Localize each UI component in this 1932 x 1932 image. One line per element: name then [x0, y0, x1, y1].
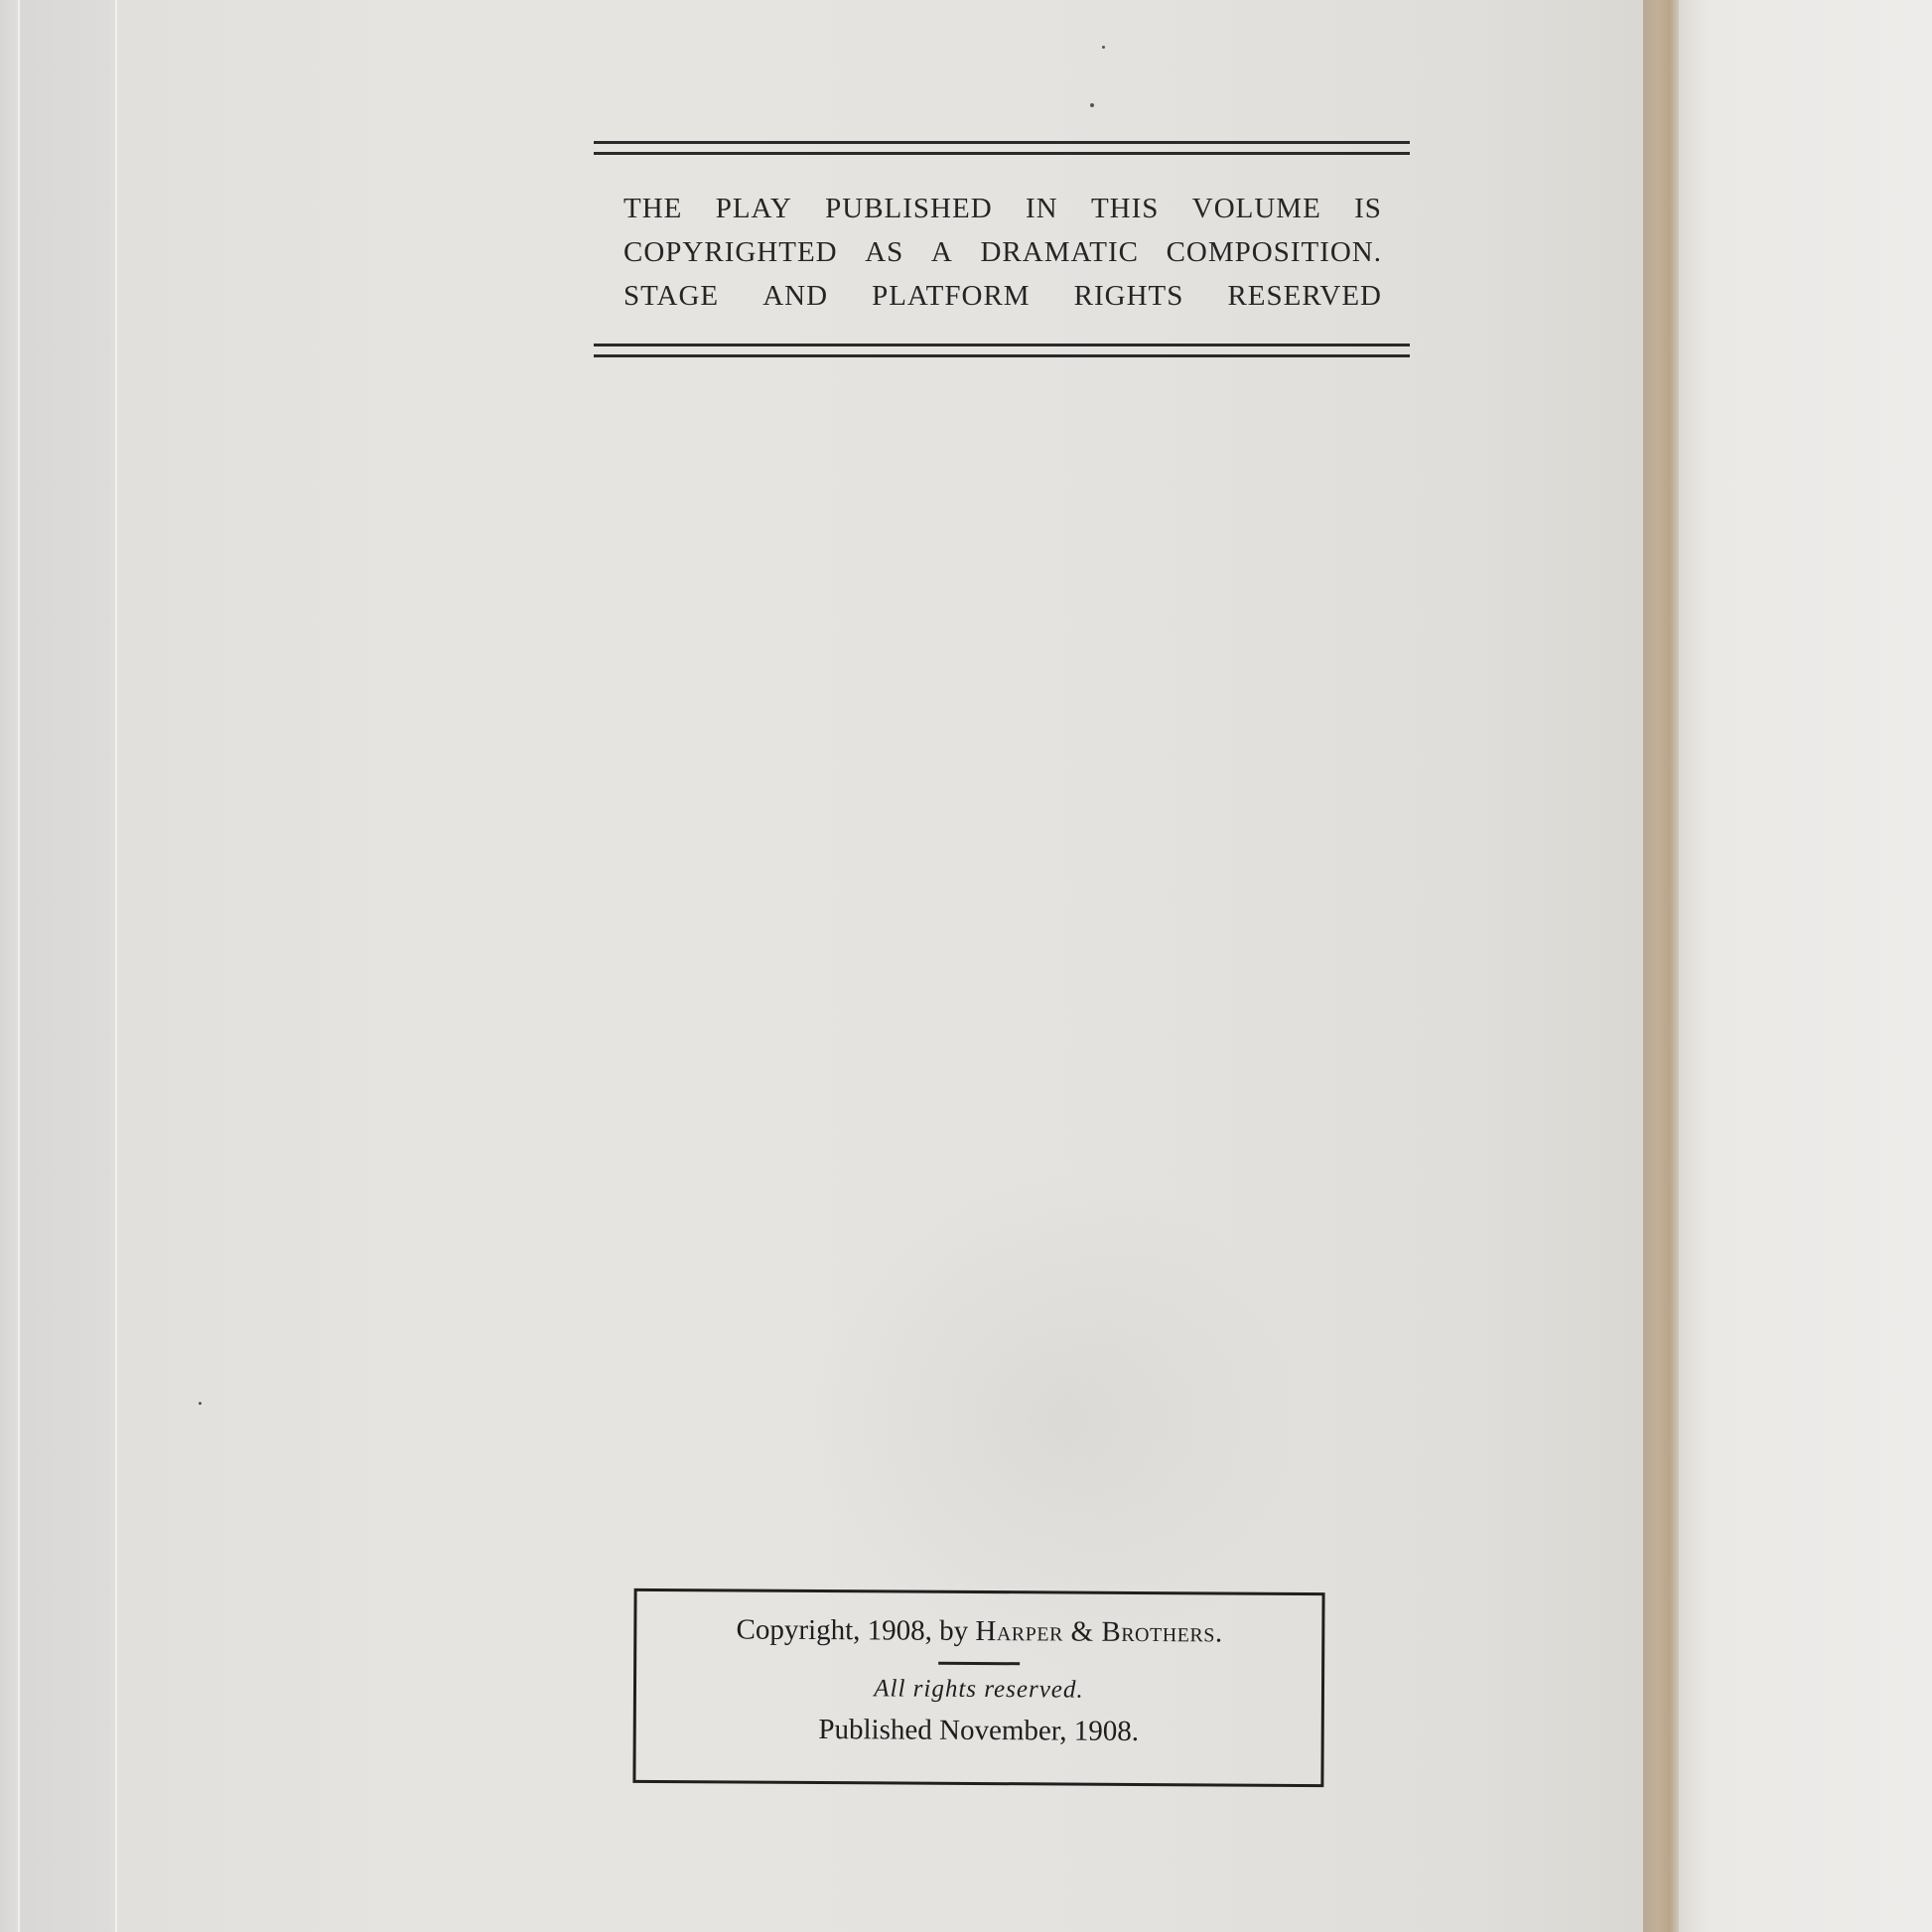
word: DRAMATIC — [980, 230, 1138, 274]
publisher-name: Harper & Brothers — [975, 1615, 1215, 1648]
copyright-notice-block: THE PLAY PUBLISHED IN THIS VOLUME IS COP… — [594, 141, 1410, 367]
word: THE — [623, 187, 682, 230]
notice-line-1: THE PLAY PUBLISHED IN THIS VOLUME IS — [623, 187, 1382, 230]
page-edge-line — [18, 0, 20, 1932]
copyright-prefix: Copyright, 1908, by — [736, 1614, 968, 1647]
double-rule-top — [594, 141, 1410, 155]
page-fore-edge — [1643, 0, 1679, 1932]
word: A — [931, 230, 953, 274]
word: STAGE — [623, 274, 719, 318]
copyright-box: Copyright, 1908, by Harper & Brothers. A… — [632, 1588, 1324, 1787]
word: PLAY — [716, 187, 792, 230]
paper-speck — [199, 1402, 202, 1405]
word: AS — [865, 230, 903, 274]
word: AND — [762, 274, 828, 318]
notice-line-3: STAGE AND PLATFORM RIGHTS RESERVED — [623, 274, 1382, 318]
publication-date-line: Published November, 1908. — [636, 1711, 1321, 1750]
copyright-line: Copyright, 1908, by Harper & Brothers. — [636, 1611, 1321, 1651]
rights-reserved-line: All rights reserved. — [636, 1673, 1321, 1707]
word: VOLUME — [1192, 187, 1321, 230]
paper-speck — [1102, 46, 1105, 49]
word: IN — [1026, 187, 1058, 230]
word: THIS — [1091, 187, 1159, 230]
word: PUBLISHED — [825, 187, 993, 230]
underlying-page-edges — [0, 0, 129, 1932]
notice-text: THE PLAY PUBLISHED IN THIS VOLUME IS COP… — [623, 187, 1382, 318]
paper-speck — [1090, 103, 1094, 107]
word: RESERVED — [1227, 274, 1382, 318]
word: COPYRIGHTED — [623, 230, 838, 274]
word: COMPOSITION. — [1167, 230, 1382, 274]
short-divider — [938, 1662, 1020, 1666]
word: RIGHTS — [1074, 274, 1184, 318]
word: IS — [1354, 187, 1382, 230]
copyright-suffix: . — [1215, 1616, 1222, 1648]
notice-line-2: COPYRIGHTED AS A DRAMATIC COMPOSITION. — [623, 230, 1382, 274]
facing-page — [1679, 0, 1932, 1932]
word: PLATFORM — [872, 274, 1031, 318]
double-rule-bottom — [594, 344, 1410, 357]
